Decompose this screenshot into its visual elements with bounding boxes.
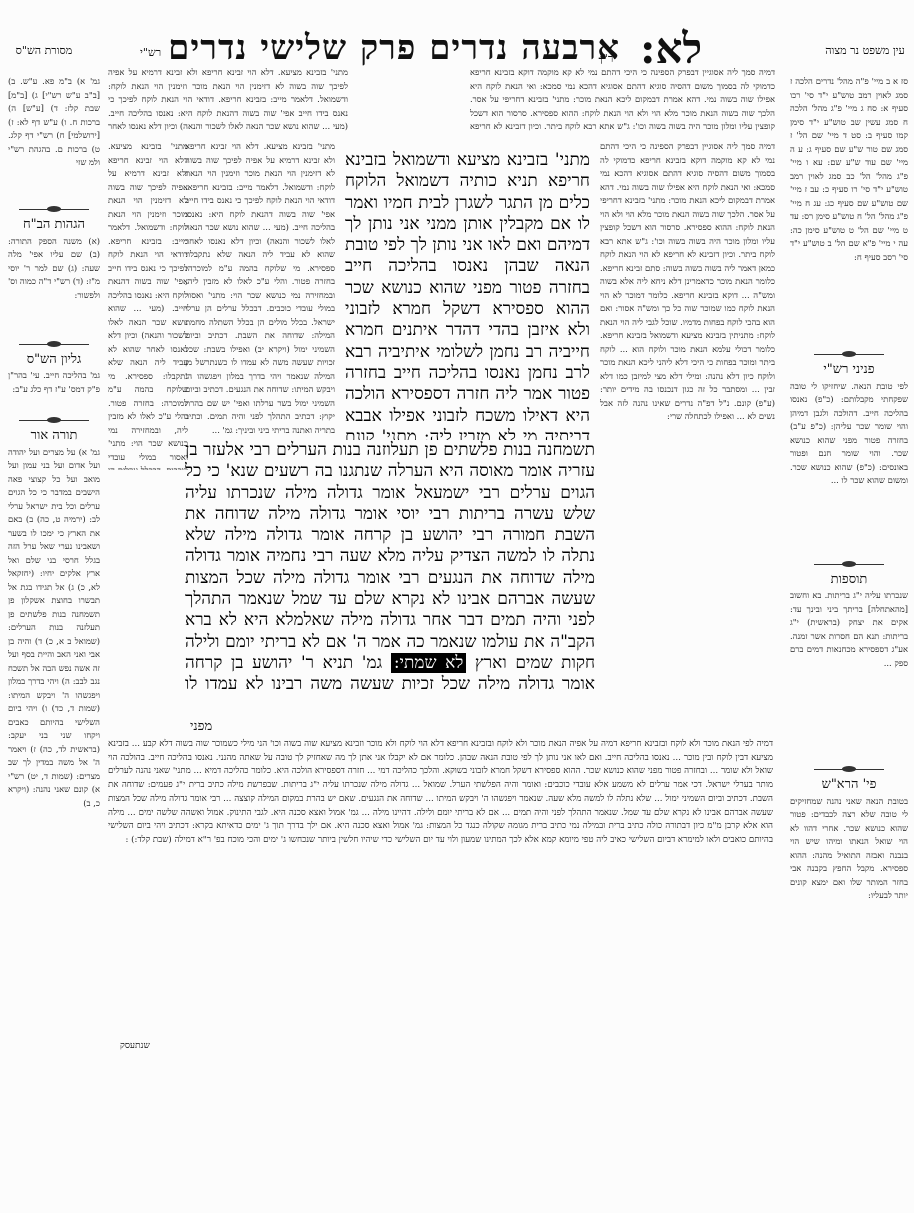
ein-mishpat-header: עין משפט נר מצוה <box>820 44 910 58</box>
left-margin-column: גמ' א) ב"מ פא. ע"ש. ב) [ב"ב ע"ש רש"י] ג)… <box>8 75 100 1035</box>
rashi-commentary-side: מתני' בזבינא מציעא. דלא הוי זבינא חריפא … <box>108 140 188 470</box>
bach-heading: הגהות הב"ח <box>8 218 100 232</box>
page-title: ארבעה נדרים פרק שלישי נדרים <box>190 28 620 68</box>
ein-mishpat-text: סז א ב מיי' פ"ה מהל' נדרים הלכה ז סמג לא… <box>790 75 908 345</box>
penini-rashi-heading: פניני רש"י <box>790 363 908 377</box>
masoret-text: גמ' א) ב"מ פא. ע"ש. ב) [ב"ב ע"ש רש"י] ג)… <box>8 75 100 200</box>
torah-or-heading: תורה אור <box>8 429 100 443</box>
rashi-header-label: רש"י <box>140 46 161 59</box>
ran-header-label: ר"ן <box>600 52 613 65</box>
rashi-commentary: מתני' בזבינא מציעא. דלא הוי זבינא חריפא … <box>108 66 348 136</box>
ornament-divider-icon <box>814 766 884 772</box>
ornament-divider-icon <box>814 561 884 567</box>
ran-commentary: דמיה סמך ליה אסוגיין דבפרק הספינה כי היכ… <box>470 66 775 136</box>
rashi-commentary-inner: מתני' בזבינא מציעא. דלא הוי זבינא חריפא … <box>185 140 335 440</box>
gemara-catchword: מפני <box>190 718 212 734</box>
gilyon-hashas-heading: גליון הש"ס <box>8 353 100 367</box>
gemara-main-block: תשמחנה בנות פלשתים פן תעלוזנה בנות הערלי… <box>185 440 595 690</box>
ornament-divider-icon <box>814 351 884 357</box>
rosh-heading: פי' הרא"ש <box>790 778 908 792</box>
bottom-commentary: דמיה לפי הנאת מוכר ולא לוקח ובזבינא חריפ… <box>108 738 773 1038</box>
masoret-hashas-header: מסורת הש"ס <box>4 44 84 58</box>
ornament-divider-icon <box>19 341 89 347</box>
ornament-divider-icon <box>19 206 89 212</box>
gilyon-hashas-text: גמ' בהליכה חייב. עי' בהר"ן פ"ק דמס' ע"ז … <box>8 369 100 411</box>
right-margin-column: סז א ב מיי' פ"ה מהל' נדרים הלכה ז סמג לא… <box>790 75 908 745</box>
rosh-column: פי' הרא"ש בטובת הנאה שאני נהנה שמחזיקים … <box>790 760 908 1000</box>
gemara-text-1: חריפא תניא כותיה דשמואל הלוקח כלים מן הת… <box>345 171 590 440</box>
rashi-commentary-inner-text: מתני' בזבינא מציעא. דלא הוי זבינא חריפא … <box>185 141 335 435</box>
gemara-text-3: תשמחנה בנות פלשתים פן תעלוזנה בנות הערלי… <box>185 440 595 673</box>
rashi-commentary-continuation: מתני' בזבינא מציעא. דלא הוי זבינא חריפא … <box>108 141 188 470</box>
gemara-top-block: מתני' בזבינא מציעא ודשמואל בזבינא חריפא … <box>345 150 590 440</box>
bottom-catchword: שנתעסק <box>120 1040 150 1051</box>
ran-commentary-side: דמיה סמך ליה אסוגיין דבפרק הספינה כי היכ… <box>600 140 775 715</box>
mishnah-opening: מתני' בזבינא מציעא ודשמואל בזבינא <box>345 150 590 170</box>
tosafot-text: שנכרתו עליה י"ג בריתות. בא וחשוב [מהאתחל… <box>790 589 908 739</box>
bach-text: (א) משנה הספק התורה: (ב) שם עליו אפי' מל… <box>8 235 100 335</box>
penini-rashi-text: לפי טובת הנאה. שיחזיקו לי טובה שפקחתי מק… <box>790 380 908 555</box>
ornament-divider-icon <box>19 417 89 423</box>
highlighted-phrase[interactable]: לא שמתי: <box>391 653 466 673</box>
rosh-text: בטובת הנאה שאני נהנה שמחזיקים לי טובה של… <box>790 795 908 903</box>
ran-commentary-continuation: דמיה סמך ליה אסוגיין דבפרק הספינה כי היכ… <box>600 141 775 421</box>
tosafot-heading: תוספות <box>790 573 908 587</box>
torah-or-text: גמ' א) על מצרים ועל יהודה ועל אדום ועל ב… <box>8 446 100 1006</box>
